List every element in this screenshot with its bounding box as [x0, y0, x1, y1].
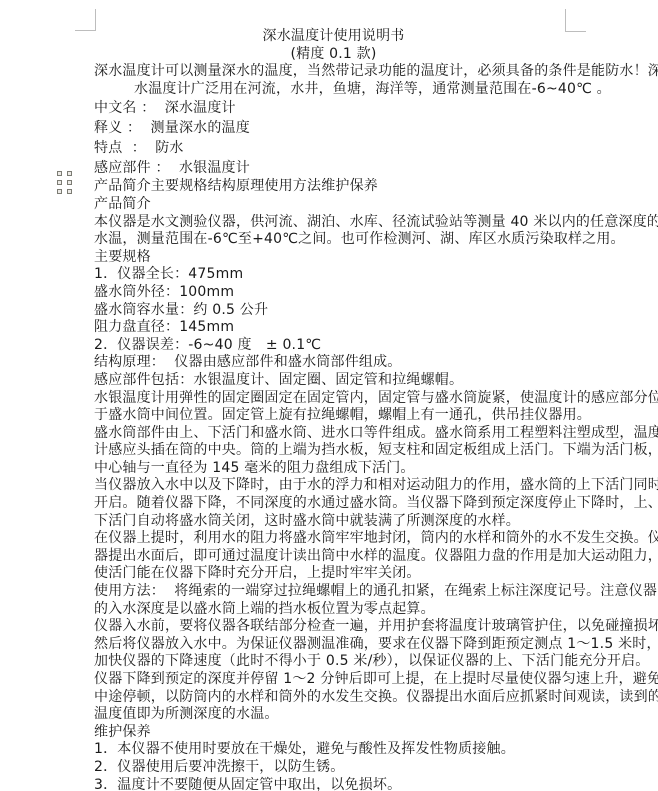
text-line: 温度值即为所测深度的水温。: [94, 706, 573, 724]
spec-line-error: 2．仪器误差：-6~40 度 ± 0.1℃: [94, 337, 573, 355]
text-line: 开启。随着仪器下降，不同深度的水通过盛水筒。当仪器下降到预定深度停止下降时，上、: [94, 495, 573, 513]
text-line: 中心轴与一直径为 145 毫米的阻力盘组成下活门。: [94, 460, 573, 478]
drag-handle-icon[interactable]: [57, 171, 72, 194]
spec-line-capacity: 盛水筒容水量：约 0.5 公升: [94, 302, 573, 320]
field-line-chinese-name: 中文名 ： 深水温度计: [94, 98, 573, 118]
text-line: 当仪器放入水中以及下降时，由于水的浮力和相对运动阻力的作用，盛水筒的上下活门同时: [94, 477, 573, 495]
section-heading-structure: 结构原理： 仪器由感应部件和盛水筒部件组成。: [94, 354, 573, 372]
text-line: 然后将仪器放入水中。为保证仪器测温准确，要求在仪器下降到距预定测点 1～1.5 …: [94, 636, 573, 654]
text-line: 仪器下降到预定的深度并停留 1～2 分钟后即可上提，在上提时尽量使仪器匀速上升，…: [94, 671, 573, 689]
text-line: 感应部件包括：水银温度计、固定圈、固定管和拉绳螺帽。: [94, 372, 573, 390]
text-line: 在仪器上提时，利用水的阻力将盛水筒牢牢地封闭，筒内的水样和筒外的水不发生交换。仪: [94, 530, 573, 548]
text-line: 加快仪器的下降速度（此时不得小于 0.5 米/秒），以保证仪器的上、下活门能充分…: [94, 653, 573, 671]
document-page: 深水温度计使用说明书 (精度 0.1 款) 深水温度计可以测量深水的温度，当然带…: [94, 28, 573, 791]
maintenance-item-1: 1．本仪器不使用时要放在干燥处，避免与酸性及挥发性物质接触。: [94, 741, 573, 759]
text-line: 深水温度计可以测量深水的温度，当然带记录功能的温度计，必须具备的条件是能防水！深: [94, 63, 573, 81]
handle-dot: [57, 189, 62, 194]
spec-line-total-length: 1．仪器全长：475mm: [94, 266, 573, 284]
doc-title: 深水温度计使用说明书: [94, 28, 573, 46]
field-line-sensor-part: 感应部件 ： 水银温度计: [94, 158, 573, 178]
maintenance-item-3: 3．温度计不要随便从固定管中取出，以免损坏。: [94, 777, 573, 791]
text-line: 计感应头插在筒的中央。筒的上端为挡水板，短支柱和固定板组成上活门。下端为活门板，: [94, 442, 573, 460]
section-heading-main-specs: 主要规格: [94, 249, 573, 267]
field-line-definition: 释义 ： 测量深水的温度: [94, 118, 573, 138]
handle-dot: [57, 180, 62, 185]
margin-crop-mark-top-left: [75, 9, 96, 31]
text-line: 水银温度计用弹性的固定圈固定在固定管内，固定管与盛水筒旋紧，使温度计的感应部分位: [94, 390, 573, 408]
spec-line-outer-diameter: 盛水筒外径：100mm: [94, 284, 573, 302]
text-line: 下活门自动将盛水筒关闭，这时盛水筒中就装满了所测深度的水样。: [94, 513, 573, 531]
text-line: 使活门能在仪器下降时充分开启，上提时牢牢关闭。: [94, 565, 573, 583]
handle-dot: [57, 171, 62, 176]
handle-dot: [67, 180, 72, 185]
text-line: 盛水筒部件由上、下活门和盛水筒、进水口等件组成。盛水筒系用工程塑料注塑成型，温度: [94, 425, 573, 443]
maintenance-item-2: 2．仪器使用后要冲洗擦干，以防生锈。: [94, 759, 573, 777]
text-line: 水温，测量范围在-6℃至+40℃之间。也可作检测河、湖、库区水质污染取样之用。: [94, 231, 573, 249]
section-heading-maintenance: 维护保养: [94, 724, 573, 742]
text-line: 仪器入水前，要将仪器各联结部分检查一遍，并用护套将温度计玻璃管护住，以免碰撞损坏…: [94, 618, 573, 636]
section-heading-product-intro: 产品简介: [94, 196, 573, 214]
spec-line-disc-diameter: 阻力盘直径：145mm: [94, 319, 573, 337]
handle-dot: [67, 189, 72, 194]
text-line: 中途停顿，以防筒内的水样和筒外的水发生交换。仪器提出水面后应抓紧时间观读，读到的: [94, 689, 573, 707]
section-heading-usage: 使用方法： 将绳索的一端穿过拉绳螺帽上的通孔扣紧，在绳索上标注深度记号。注意仪器: [94, 583, 573, 601]
doc-subtitle: (精度 0.1 款): [94, 46, 573, 64]
handle-dot: [67, 171, 72, 176]
text-line: 于盛水筒中间位置。固定管上旋有拉绳螺帽，螺帽上有一通孔，供吊挂仪器用。: [94, 407, 573, 425]
text-line: 器提出水面后，即可通过温度计读出筒中水样的温度。仪器阻力盘的作用是加大运动阻力，: [94, 548, 573, 566]
section-index-line: 产品简介主要规格结构原理使用方法维护保养: [94, 178, 573, 196]
text-line: 本仪器是水文测验仪器，供河流、湖泊、水库、径流试验站等测量 40 米以内的任意深…: [94, 214, 573, 232]
text-line: 的入水深度是以盛水筒上端的挡水板位置为零点起算。: [94, 601, 573, 619]
field-line-feature: 特点 ： 防水: [94, 138, 573, 158]
text-line: 水温度计广泛用在河流，水井，鱼塘，海洋等，通常测量范围在-6~40℃ 。: [94, 81, 573, 99]
